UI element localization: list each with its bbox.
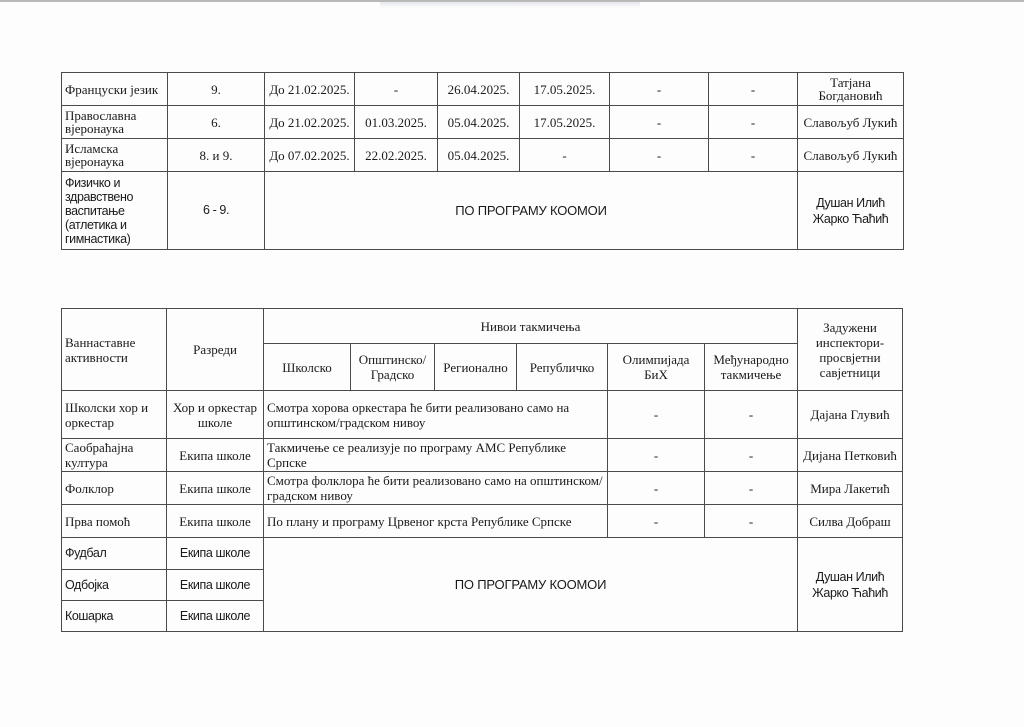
school-level-cell: - xyxy=(355,73,438,106)
inspector-cell: Душан Илић Жарко Ћаћић xyxy=(798,172,904,250)
inspector-cell: Дајана Глувић xyxy=(798,391,903,439)
olympiad-cell: - xyxy=(608,439,705,472)
inspector-cell: Дијана Петковић xyxy=(798,439,903,472)
inspector-cell: Силва Добраш xyxy=(798,505,903,538)
school-level-cell: 22.02.2025. xyxy=(355,139,438,172)
merged-program-cell: ПО ПРОГРАМУ КООМОИ xyxy=(264,538,798,632)
olympiad-cell: - xyxy=(608,505,705,538)
municipal-level-cell: 05.04.2025. xyxy=(438,139,520,172)
international-cell: - xyxy=(705,505,798,538)
regional-level-cell: 17.05.2025. xyxy=(520,73,610,106)
note-cell: По плану и програму Црвеног крста Републ… xyxy=(264,505,608,538)
subject-line: васпитање xyxy=(65,204,164,218)
regional-level-cell: - xyxy=(520,139,610,172)
grades-cell: Екипа школе xyxy=(167,601,264,632)
inspector-cell: Татјана Богдановић xyxy=(798,73,904,106)
table-row: Фудбал Екипа школе ПО ПРОГРАМУ КООМОИ Ду… xyxy=(62,538,903,570)
table-row: Саобраћајна култура Екипа школе Такмичењ… xyxy=(62,439,903,472)
subject-cell: Физичко и здравствено васпитање (атлетик… xyxy=(62,172,168,250)
activity-cell: Одбојка xyxy=(62,570,167,601)
table-row: Фолклор Екипа школе Смотра фолклора ће б… xyxy=(62,472,903,505)
grade-cell: 6 - 9. xyxy=(168,172,265,250)
subject-line: здравствено xyxy=(65,190,164,204)
regional-level-cell: 17.05.2025. xyxy=(520,106,610,139)
grades-cell: Екипа школе xyxy=(167,472,264,505)
note-cell: Смотра фолклора ће бити реализовано само… xyxy=(264,472,608,505)
activity-cell: Кошарка xyxy=(62,601,167,632)
subject-cell: Француски језик xyxy=(62,73,168,106)
header-grades: Разреди xyxy=(167,309,264,391)
inspector-cell: Мира Лакетић xyxy=(798,472,903,505)
grade-cell: 6. xyxy=(168,106,265,139)
header-international: Међународно такмичење xyxy=(705,344,798,391)
grades-cell: Хор и оркестар школе xyxy=(167,391,264,439)
scan-shadow xyxy=(380,2,640,8)
olympiad-cell: - xyxy=(709,73,798,106)
note-cell: Такмичење се реализује по програму АМС Р… xyxy=(264,439,608,472)
header-row: Ваннаставне активности Разреди Нивои так… xyxy=(62,309,903,344)
header-regional: Регионално xyxy=(435,344,517,391)
international-cell: - xyxy=(705,472,798,505)
inspector-line: Душан Илић xyxy=(801,195,900,211)
subject-cell: Православна вјеронаука xyxy=(62,106,168,139)
inspector-cell: Славољуб Лукић xyxy=(798,139,904,172)
header-olympiad: Олимпијада БиХ xyxy=(608,344,705,391)
inspector-line: Жарко Ћаћић xyxy=(801,211,900,227)
subject-line: Физичко и xyxy=(65,176,164,190)
subject-cell: Исламска вјеронаука xyxy=(62,139,168,172)
table-row: Православна вјеронаука 6. До 21.02.2025.… xyxy=(62,106,904,139)
competition-schedule-table: Француски језик 9. До 21.02.2025. - 26.0… xyxy=(61,72,904,250)
grades-cell: Екипа школе xyxy=(167,538,264,570)
activity-cell: Фудбал xyxy=(62,538,167,570)
header-school: Школско xyxy=(264,344,351,391)
header-municipal: Општинско/ Градско xyxy=(351,344,435,391)
school-level-cell: 01.03.2025. xyxy=(355,106,438,139)
grades-cell: Екипа школе xyxy=(167,570,264,601)
olympiad-cell: - xyxy=(608,391,705,439)
international-cell: - xyxy=(705,439,798,472)
international-cell: - xyxy=(705,391,798,439)
registration-cell: До 21.02.2025. xyxy=(265,106,355,139)
republic-level-cell: - xyxy=(610,139,709,172)
table-row: Прва помоћ Екипа школе По плану и програ… xyxy=(62,505,903,538)
header-inspectors: Задужени инспектори-просвјетни савјетниц… xyxy=(798,309,903,391)
note-cell: Смотра хорова оркестара ће бити реализов… xyxy=(264,391,608,439)
header-activities: Ваннаставне активности xyxy=(62,309,167,391)
municipal-level-cell: 26.04.2025. xyxy=(438,73,520,106)
olympiad-cell: - xyxy=(608,472,705,505)
grade-cell: 8. и 9. xyxy=(168,139,265,172)
activity-cell: Школски хор и оркестар xyxy=(62,391,167,439)
grades-cell: Екипа школе xyxy=(167,439,264,472)
header-republic: Републичко xyxy=(517,344,608,391)
subject-line: (атлетика и xyxy=(65,218,164,232)
inspector-line: Жарко Ћаћић xyxy=(801,585,899,601)
activity-cell: Фолклор xyxy=(62,472,167,505)
table-row: Школски хор и оркестар Хор и оркестар шк… xyxy=(62,391,903,439)
activity-cell: Саобраћајна култура xyxy=(62,439,167,472)
inspector-cell: Славољуб Лукић xyxy=(798,106,904,139)
header-levels: Нивои такмичења xyxy=(264,309,798,344)
grade-cell: 9. xyxy=(168,73,265,106)
subject-line: гимнастика) xyxy=(65,232,164,246)
inspector-line: Душан Илић xyxy=(801,569,899,585)
municipal-level-cell: 05.04.2025. xyxy=(438,106,520,139)
table-row: Француски језик 9. До 21.02.2025. - 26.0… xyxy=(62,73,904,106)
olympiad-cell: - xyxy=(709,106,798,139)
table-row-physical-education: Физичко и здравствено васпитање (атлетик… xyxy=(62,172,904,250)
republic-level-cell: - xyxy=(610,106,709,139)
registration-cell: До 07.02.2025. xyxy=(265,139,355,172)
olympiad-cell: - xyxy=(709,139,798,172)
merged-program-cell: ПО ПРОГРАМУ КООМОИ xyxy=(265,172,798,250)
table-row: Исламска вјеронаука 8. и 9. До 07.02.202… xyxy=(62,139,904,172)
grades-cell: Екипа школе xyxy=(167,505,264,538)
extracurricular-activities-table: Ваннаставне активности Разреди Нивои так… xyxy=(61,308,903,632)
activity-cell: Прва помоћ xyxy=(62,505,167,538)
republic-level-cell: - xyxy=(610,73,709,106)
registration-cell: До 21.02.2025. xyxy=(265,73,355,106)
inspector-cell: Душан Илић Жарко Ћаћић xyxy=(798,538,903,632)
